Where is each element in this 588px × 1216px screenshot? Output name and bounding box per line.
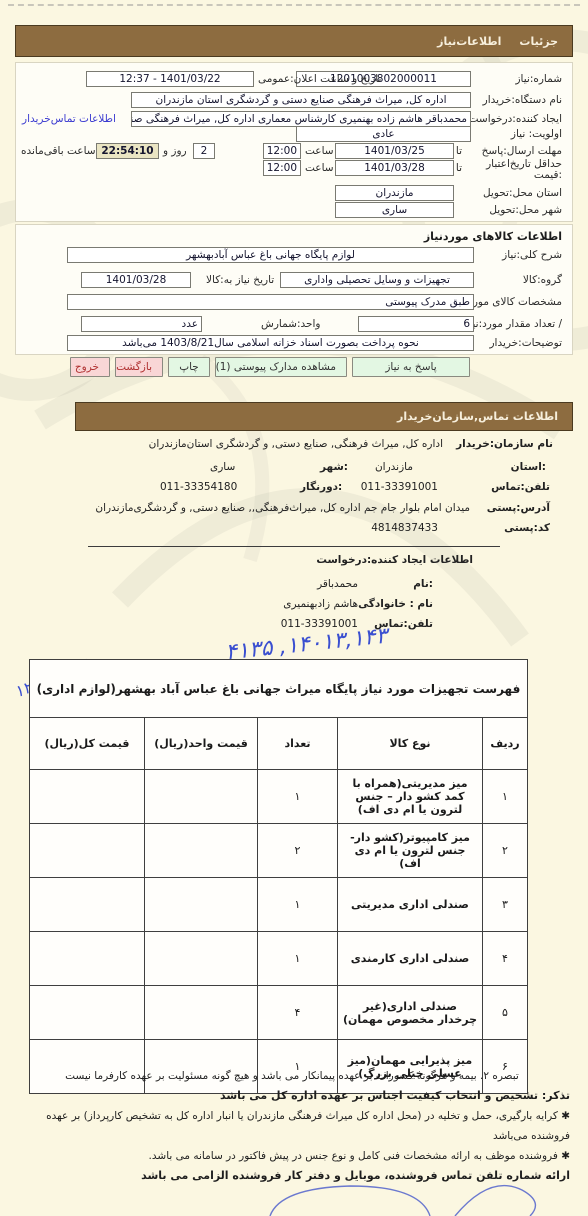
goods-heading: اطلاعات کالاهای موردنیاز	[424, 230, 562, 243]
creator-info-section: اطلاعات ایجاد کننده:درخواست :نام محمدباق…	[0, 550, 588, 640]
goods-need-date-field[interactable]: 1401/03/28	[81, 272, 191, 288]
item-name: صندلی اداری مدیریتی	[338, 878, 483, 932]
fax-value: 011-33354180	[160, 481, 237, 493]
unit-price	[145, 986, 258, 1040]
tab-need-info[interactable]: اطلاعات‌نیاز	[437, 35, 501, 48]
unit-price	[145, 824, 258, 878]
view-attachments-button[interactable]: مشاهده مدارک پیوستی (1)	[215, 357, 347, 377]
validity-time-field[interactable]: 12:00	[263, 160, 301, 176]
total-price	[29, 986, 144, 1040]
province-field[interactable]: مازندران	[335, 185, 454, 201]
table-row: ۱میز مدیریتی(همراه با کمد کشو دار – جنس …	[29, 770, 527, 824]
goods-unit-field[interactable]: عدد	[81, 316, 202, 332]
reply-to-need-button[interactable]: پاسخ به نیاز	[352, 357, 470, 377]
row-number: ۱	[483, 770, 528, 824]
item-name: میز مدیریتی(همراه با کمد کشو دار – جنس ل…	[338, 770, 483, 824]
announce-label: تاریخ و ساعت اعلان:عمومی	[258, 73, 381, 85]
goods-qty-field[interactable]: 6	[358, 316, 474, 332]
tab-details[interactable]: جزئیات	[519, 35, 558, 48]
buyer-contact-link[interactable]: اطلاعات تماس‌خریدار	[22, 113, 116, 125]
table-row: ۲میز کامپیوتر(کشو دار- جنس لترون یا ام د…	[29, 824, 527, 878]
buyer-org-label: نام دستگاه:خریدار	[483, 94, 562, 106]
action-buttons: پاسخ به نیاز مشاهده مدارک پیوستی (1) چاپ…	[70, 357, 470, 377]
tab-bar: جزئیات اطلاعات‌نیاز	[15, 25, 573, 57]
total-price	[29, 770, 144, 824]
equipment-list-table: فهرست تجهیزات مورد نیاز پایگاه میراث جها…	[29, 659, 528, 1094]
buyer-contact-bar-title: اطلاعات تماس,سازمان‌خریدار	[397, 410, 558, 423]
row-number: ۳	[483, 878, 528, 932]
countdown-timer: 22:54:10	[96, 143, 159, 159]
unit-price	[145, 932, 258, 986]
quantity: ۱	[258, 770, 338, 824]
table-row: ۵صندلی اداری(غیر چرخدار مخصوص مهمان)۴	[29, 986, 527, 1040]
city-field[interactable]: ساری	[335, 202, 454, 218]
buyer-org-field[interactable]: اداره کل, میراث فرهنگی صنایع دستی و گردش…	[131, 92, 471, 108]
buyer-contact-bar: اطلاعات تماس,سازمان‌خریدار	[75, 402, 573, 431]
total-price	[29, 878, 144, 932]
fax-label: :دورنگار	[300, 481, 342, 493]
hour-label-1: ساعت	[305, 145, 334, 157]
footer-note: تبصره ۲. بیمه و هرگونه کسورات بر عهده پی…	[14, 1066, 570, 1086]
city-label: شهر محل:تحویل	[489, 204, 562, 216]
table-row: ۳صندلی اداری مدیریتی۱	[29, 878, 527, 932]
section-divider	[88, 546, 500, 547]
footer-note: ✱ کرایه بارگیری، حمل و تخلیه در (محل ادا…	[14, 1106, 570, 1146]
goods-group-label: گروه:کالا	[523, 274, 562, 286]
col-unit-price: قیمت واحد(ریال)	[145, 718, 258, 770]
creator-label: ایجاد کننده:درخواست	[469, 113, 562, 125]
goods-buyer-notes-label: توضیحات:خریدار	[489, 337, 562, 349]
deadline-label: مهلت ارسال:پاسخ	[482, 145, 562, 157]
creator-family-value: هاشم زادبهنمیری	[283, 598, 358, 610]
postal-code-value: 4814837433	[371, 522, 438, 534]
deadline-time-field[interactable]: 12:00	[263, 143, 301, 159]
table-row: ۴صندلی اداری کارمندی۱	[29, 932, 527, 986]
deadline-date-field[interactable]: 1401/03/25	[335, 143, 454, 159]
row-number: ۵	[483, 986, 528, 1040]
priority-field[interactable]: عادی	[296, 126, 471, 142]
item-name: صندلی اداری(غیر چرخدار مخصوص مهمان)	[338, 986, 483, 1040]
need-summary-panel: شماره:نیاز 1201003802000011 تاریخ و ساعت…	[15, 62, 573, 222]
back-button[interactable]: بازگشت	[115, 357, 163, 377]
col-row-number: ردیف	[483, 718, 528, 770]
quantity: ۱	[258, 878, 338, 932]
priority-label: اولویت: نیاز	[511, 128, 562, 140]
footer-note: تذکر: تشخیص و انتخاب کیفیت اجناس بر عهده…	[14, 1086, 570, 1106]
province-contact-label: :استان	[511, 461, 546, 473]
col-item-type: نوع کالا	[338, 718, 483, 770]
footer-note: ارائه شماره تلفن تماس فروشنده، موبایل و …	[14, 1166, 570, 1186]
col-quantity: تعداد	[258, 718, 338, 770]
creator-family-label: نام : خانوادگی	[358, 598, 433, 610]
phone-value: 011-33391001	[361, 481, 438, 493]
unit-price	[145, 878, 258, 932]
total-price	[29, 824, 144, 878]
unit-price	[145, 770, 258, 824]
validity-label: حداقل تاریخ‌اعتبار:قیمت	[486, 159, 562, 181]
phone-label: تلفن:تماس	[491, 481, 550, 493]
announce-datetime-field[interactable]: 1401/03/22 - 12:37	[86, 71, 254, 87]
footer-note: ✱ فروشنده موظف به ارائه مشخصات فنی کامل …	[14, 1146, 570, 1166]
goods-group-field[interactable]: تجهیزات و وسایل تحصیلی واداری	[280, 272, 474, 288]
item-name: صندلی اداری کارمندی	[338, 932, 483, 986]
goods-unit-label: واحد:شمارش	[261, 318, 320, 330]
goods-desc-label: شرح کلی:نیاز	[502, 249, 562, 261]
province-label: استان محل:تحویل	[483, 187, 562, 199]
postal-code-label: کد:پستی	[504, 522, 550, 534]
city-contact-label: :شهر	[320, 461, 348, 473]
quantity: ۲	[258, 824, 338, 878]
quantity: ۱	[258, 932, 338, 986]
remaining-hours-label: ساعت باقی‌مانده	[21, 145, 96, 157]
goods-qty-label: / تعداد مقدار مورد:نیاز	[464, 318, 562, 330]
quantity: ۴	[258, 986, 338, 1040]
days-and-label: روز و	[163, 145, 187, 157]
item-name: میز کامپیوتر(کشو دار- جنس لترون یا ام دی…	[338, 824, 483, 878]
goods-desc-field[interactable]: لوازم پایگاه جهانی باغ عباس آبادبهشهر	[67, 247, 474, 263]
validity-date-field[interactable]: 1401/03/28	[335, 160, 454, 176]
province-contact-value: مازندران	[375, 461, 413, 473]
creator-name-value: محمدباقر	[317, 578, 358, 590]
creator-name-label: :نام	[413, 578, 433, 590]
goods-need-date-label: تاریخ نیاز به:کالا	[206, 274, 274, 286]
hour-label-2: ساعت	[305, 162, 334, 174]
days-remaining-field[interactable]: 2	[193, 143, 215, 159]
procurement-need-page: جزئیات اطلاعات‌نیاز شماره:نیاز 120100380…	[0, 0, 588, 1216]
total-price	[29, 932, 144, 986]
exit-button[interactable]: خروج	[70, 357, 110, 377]
row-number: ۲	[483, 824, 528, 878]
table-title-row: فهرست تجهیزات مورد نیاز پایگاه میراث جها…	[29, 660, 527, 718]
doc-table-body: ۱میز مدیریتی(همراه با کمد کشو دار – جنس …	[29, 770, 527, 1094]
print-button[interactable]: چاپ	[168, 357, 210, 377]
goods-info-panel: اطلاعات کالاهای موردنیاز شرح کلی:نیاز لو…	[15, 224, 573, 355]
table-header-row: ردیف نوع کالا تعداد قیمت واحد(ریال) قیمت…	[29, 718, 527, 770]
address-label: آدرس:پستی	[487, 502, 550, 514]
buyer-contact-section: نام سازمان:خریدار اداره کل, میراث فرهنگی…	[0, 432, 588, 547]
row-number: ۴	[483, 932, 528, 986]
footer-notes: تبصره ۲. بیمه و هرگونه کسورات بر عهده پی…	[14, 1066, 570, 1186]
top-dashed-rule	[8, 4, 580, 6]
need-number-label: شماره:نیاز	[515, 73, 562, 85]
col-total-price: قیمت کل(ریال)	[29, 718, 144, 770]
org-name-value: اداره کل, میراث فرهنگی, صنایع دستی, و گر…	[149, 438, 443, 450]
creator-field[interactable]: محمدباقر هاشم زاده بهنمیری کارشناس معمار…	[131, 111, 471, 127]
creator-info-heading: اطلاعات ایجاد کننده:درخواست	[316, 554, 473, 566]
address-value: میدان امام بلوار جام جم اداره کل, میراث‌…	[95, 502, 470, 514]
org-name-label: نام سازمان:خریدار	[456, 438, 553, 450]
table-title: فهرست تجهیزات مورد نیاز پایگاه میراث جها…	[29, 660, 527, 718]
city-contact-value: ساری	[210, 461, 235, 473]
goods-specs-field[interactable]: طبق مدرک پیوستی	[67, 294, 474, 310]
goods-buyer-notes-field[interactable]: نحوه پرداخت بصورت اسناد خزانه اسلامی سال…	[67, 335, 474, 351]
